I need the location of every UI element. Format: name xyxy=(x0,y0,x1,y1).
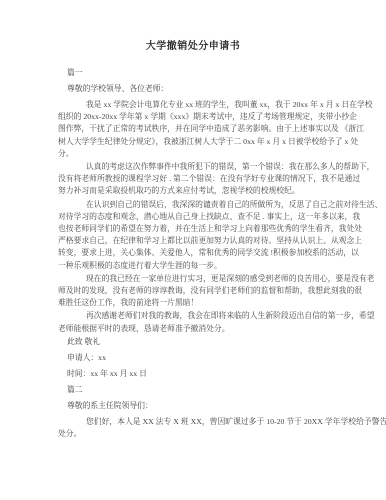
paragraph-line: 师及时的发现，没有老师的谆谆教诲，没有同学们老师们的监督和帮助，我想此刻我的很 xyxy=(58,285,386,297)
paragraph-line: 努力补习而是采取投机取巧的方式来应付考试，忽视学校的校规校纪。 xyxy=(58,185,386,197)
paragraph-line: 分。 xyxy=(58,148,386,160)
paragraph-line: 也按老师同学们的希望在努力着，并在生活上和学习上向着那些优秀的学生看齐，我处处 xyxy=(58,223,386,235)
paragraph-line: 在认识到自己的错误后，我深深的谴责着自己的所做所为，反思了自己之前对待生活、 xyxy=(58,199,386,211)
paragraph-line: 没有将老师所教授的课程学习好 . 第二个错误：在没有学好专业课的情况下，我不是通… xyxy=(58,173,386,185)
paragraph: 您们好，本人是 XX 法专 X 班 XX，曾因旷课过多于 10-20 节于 20… xyxy=(58,416,386,440)
document-title: 大学撤销处分申请书 xyxy=(0,41,386,53)
paragraph: 认真的考虑这次作弊事件中我所犯下的错误，第一个错误：我在那么多人的帮助下，没有将… xyxy=(58,161,386,198)
document-page: 大学撤销处分申请书 篇一尊敬的学校领导、各位老师：我是 xx 学院会计电算化专业… xyxy=(0,0,386,500)
paragraph: 再次感谢老师们对我的教诲，我会在即将来临的人生新阶段迈出自信的第一步，希望老师能… xyxy=(58,310,386,334)
paragraph: 我是 xx 学院会计电算化专业 xx 班的学生，我叫董 xx，我于 20xx 年… xyxy=(58,99,386,160)
document-body: 篇一尊敬的学校领导、各位老师：我是 xx 学院会计电算化专业 xx 班的学生，我… xyxy=(0,53,386,440)
salutation-line: 尊敬的学校领导、各位老师： xyxy=(67,83,386,95)
part-label: 篇二 xyxy=(67,384,386,396)
paragraph-line: 认真的考虑这次作弊事件中我所犯下的错误，第一个错误：我在那么多人的帮助下， xyxy=(58,161,386,173)
signature-line: 申请人：xx xyxy=(67,352,386,364)
paragraph-line: 再次感谢老师们对我的教诲，我会在即将来临的人生新阶段迈出自信的第一步，希望 xyxy=(58,310,386,322)
paragraph: 在认识到自己的错误后，我深深的谴责着自己的所做所为，反思了自己之前对待生活、对待… xyxy=(58,199,386,272)
paragraph-line: 图作弊，干扰了正常的考试秩序，并在同学中造成了恶劣影响。由于上述事实以及 《浙江 xyxy=(58,123,386,135)
paragraph-line: 对待学习的态度和观念，潜心地从自己身上找缺点、查不足 . 事实上，这一年多以来，… xyxy=(58,211,386,223)
paragraph: 现在的我已经在一家单位进行实习，更是深刻的感受到老师的良苦用心，要是没有老师及时… xyxy=(58,273,386,310)
paragraph-line: 难胜任这份工作，我的前途将一片黑暗！ xyxy=(58,297,386,309)
paragraph-line: 现在的我已经在一家单位进行实习，更是深刻的感受到老师的良苦用心，要是没有老 xyxy=(58,273,386,285)
paragraph-line: 树人大学学生纪律处分规定》，我被浙江树人大学于二 0xx 年 x 月 x 日被学… xyxy=(58,136,386,148)
paragraph-line: 我是 xx 学院会计电算化专业 xx 班的学生，我叫董 xx，我于 20xx 年… xyxy=(58,99,386,111)
signature-line: 时间：xx 年 xx 月 xx 日 xyxy=(67,368,386,380)
paragraph-line: 严格要求自己，在纪律和学习上都比以前更加努力认真的对待。坚持从认识上、从观念上 xyxy=(58,235,386,247)
salutation-line: 尊敬的系主任院领导们： xyxy=(67,400,386,412)
paragraph-line: 转变，要求上进，关心集体、关爱他人，常和优秀的同学交流 !积极参加校系的活动，以 xyxy=(58,247,386,259)
part-label: 篇一 xyxy=(67,67,386,79)
paragraph-line: 处分。 xyxy=(58,428,386,440)
paragraph-line: 老师能根据平时的表现，恳请老师准予撤消处分。 xyxy=(58,323,386,335)
paragraph-line: 一种乐观积极的态度进行着大学生涯的每一步。 xyxy=(58,260,386,272)
paragraph-line: 您们好，本人是 XX 法专 X 班 XX，曾因旷课过多于 10-20 节于 20… xyxy=(58,416,386,428)
paragraph-line: 组织的 20xx-20xx 学年第 x 学期《xxx》期末考试中，违反了考场管理… xyxy=(58,111,386,123)
closing-line: 此致 敬礼 xyxy=(67,336,386,348)
